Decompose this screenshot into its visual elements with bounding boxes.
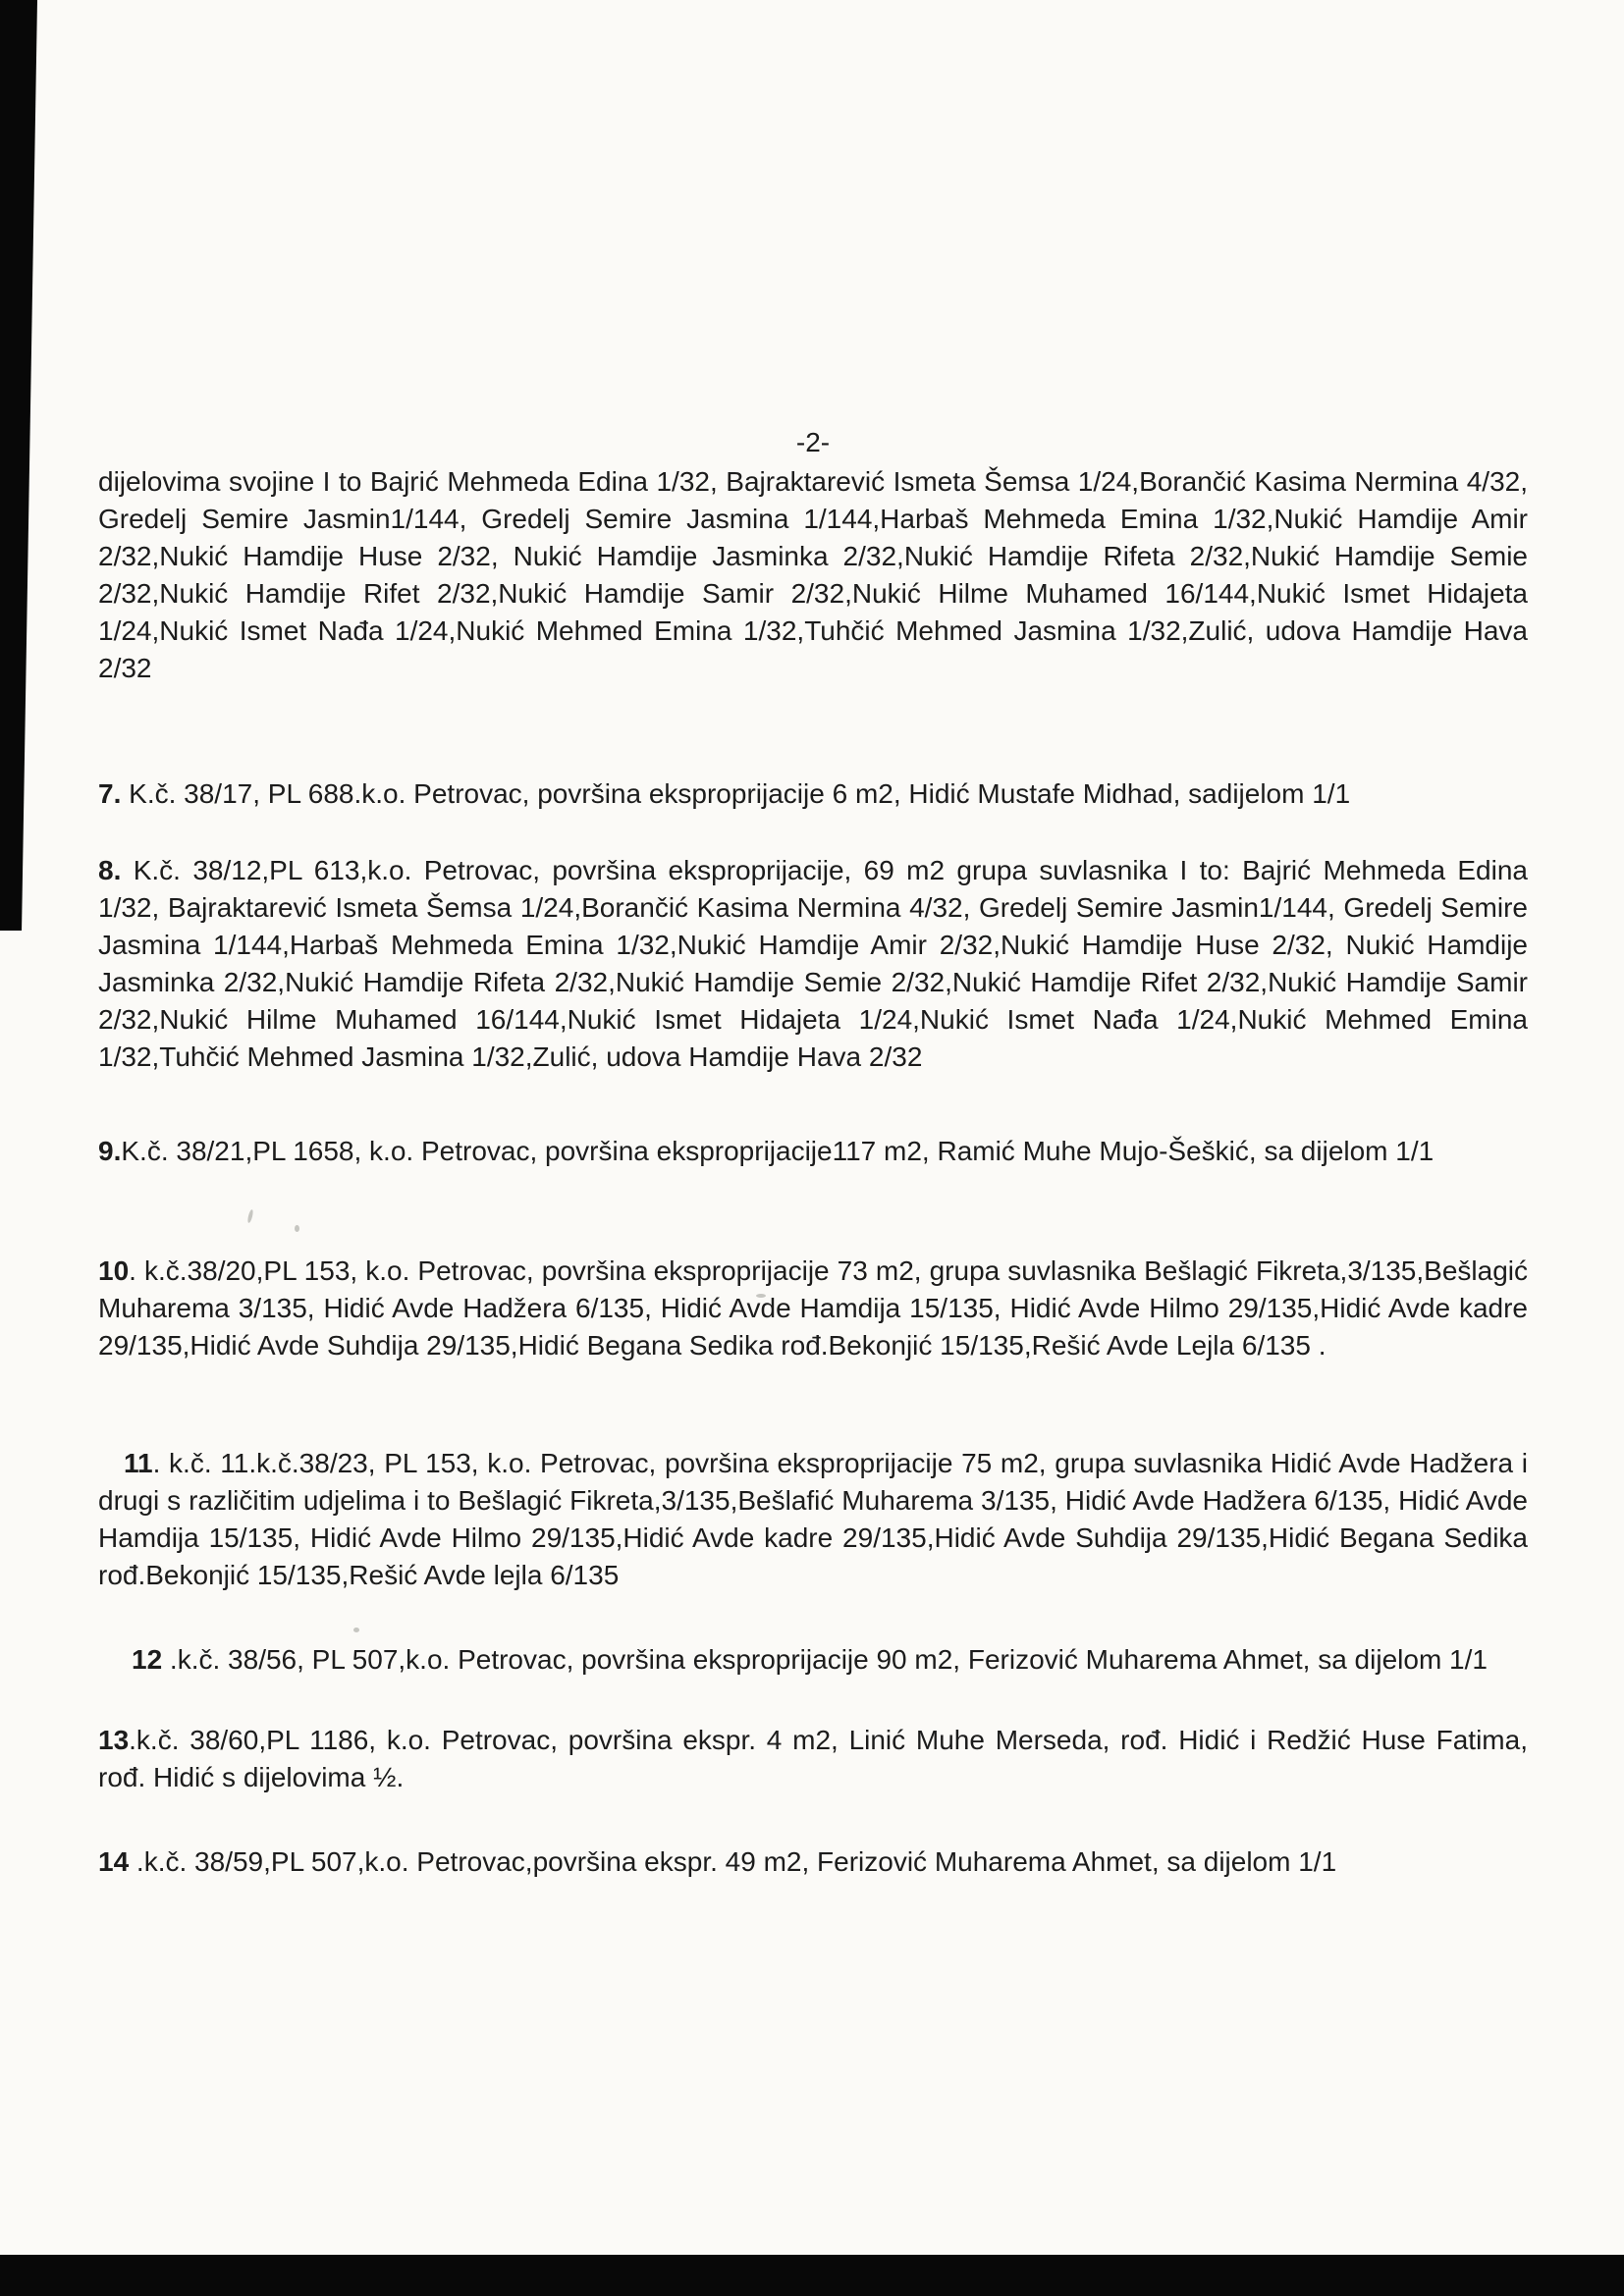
paragraph-co-owners-continuation: dijelovima svojine I to Bajrić Mehmeda E… [98,463,1528,687]
item-number: 13 [98,1725,129,1755]
item-text: . k.č. 11.k.č.38/23, PL 153, k.o. Petrov… [98,1448,1528,1590]
item-number: 8. [98,855,121,885]
item-text: .k.č. 38/60,PL 1186, k.o. Petrovac, povr… [98,1725,1528,1792]
item-number: 11 [124,1448,153,1478]
item-number: 14 [98,1846,129,1877]
list-item-8: 8. K.č. 38/12,PL 613,k.o. Petrovac, povr… [98,852,1528,1076]
list-item-7: 7. K.č. 38/17, PL 688.k.o. Petrovac, pov… [98,775,1528,813]
page-number: -2- [98,424,1528,461]
document-text-column: -2- dijelovima svojine I to Bajrić Mehme… [98,0,1528,1908]
item-text: K.č. 38/17, PL 688.k.o. Petrovac, površi… [121,778,1350,809]
item-text: .k.č. 38/59,PL 507,k.o. Petrovac,površin… [129,1846,1336,1877]
item-number: 7. [98,778,121,809]
item-text: .k.č. 38/56, PL 507,k.o. Petrovac, površ… [162,1644,1488,1675]
list-item-9: 9.K.č. 38/21,PL 1658, k.o. Petrovac, pov… [98,1133,1528,1170]
list-item-10: 10. k.č.38/20,PL 153, k.o. Petrovac, pov… [98,1253,1528,1364]
list-item-12: 12 .k.č. 38/56, PL 507,k.o. Petrovac, po… [98,1641,1528,1679]
scan-artifact-bottom-bar [0,2255,1624,2296]
item-number: 9. [98,1136,121,1166]
list-item-11: 11. k.č. 11.k.č.38/23, PL 153, k.o. Petr… [98,1445,1528,1594]
item-number: 10 [98,1255,129,1286]
item-text: K.č. 38/21,PL 1658, k.o. Petrovac, površ… [121,1136,1434,1166]
list-item-13: 13.k.č. 38/60,PL 1186, k.o. Petrovac, po… [98,1722,1528,1796]
paragraph-text: dijelovima svojine I to Bajrić Mehmeda E… [98,466,1528,683]
scanned-document-page: -2- dijelovima svojine I to Bajrić Mehme… [0,0,1624,2296]
item-text: K.č. 38/12,PL 613,k.o. Petrovac, površin… [98,855,1528,1072]
item-text: . k.č.38/20,PL 153, k.o. Petrovac, površ… [98,1255,1528,1361]
list-item-14: 14 .k.č. 38/59,PL 507,k.o. Petrovac,povr… [98,1843,1528,1881]
scan-artifact-left-bar [0,0,37,931]
item-number: 12 [132,1644,162,1675]
